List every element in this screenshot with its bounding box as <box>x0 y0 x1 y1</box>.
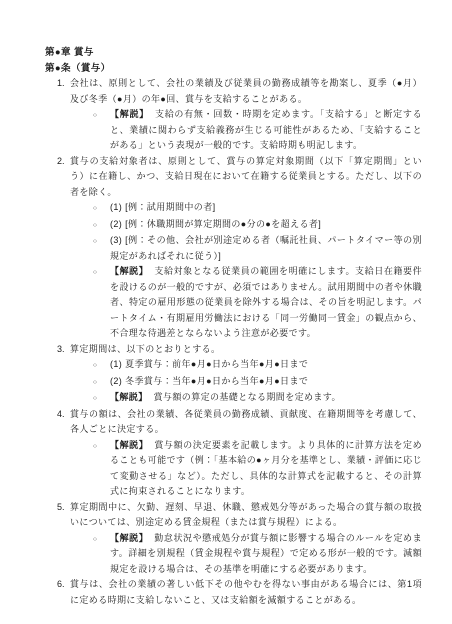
item-text: 算定期間は、以下のとおりとする。 <box>70 342 422 358</box>
kaisetsu-label: 【解説】 <box>110 266 148 276</box>
sub-body: 勤怠状況や懲戒処分が賞与額に影響する場合のルールを定めます。詳細を別規程（賃金規… <box>110 533 422 574</box>
chapter-heading: 第●章 賞与 <box>45 45 422 61</box>
sub-item: ○ (2) [例：休職期間が算定期間の●分の●を超える者] <box>93 217 422 234</box>
sub-text: (1) 夏季賞与：前年●月●日から当年●月●日まで <box>110 357 422 374</box>
sub-item: ○ 【解説】賞与額の算定の基礎となる期間を定めます。 <box>93 390 422 407</box>
item-text: 会社は、原則として、会社の業績及び従業員の勤務成績等を勘案し、夏季（●月）及び冬… <box>70 76 422 107</box>
numbered-item-2: 2. 賞与の支給対象者は、原則として、賞与の算定対象期間（以下「算定期間」という… <box>57 154 422 201</box>
circle-bullet-icon: ○ <box>93 531 110 578</box>
sub-body: 支給の有無・回数・時期を定めます。「支給する」と断定すると、業績に関わらず支給義… <box>110 109 422 150</box>
kaisetsu-label: 【解説】 <box>110 392 148 402</box>
sub-body: (2) 冬季賞与：当年●月●日から当年●月●日まで <box>110 376 308 386</box>
numbered-item-5: 5. 算定期間中に、欠勤、遅刻、早退、休職、懲戒処分等があった場合の賞与額の取扱… <box>57 500 422 531</box>
circle-bullet-icon: ○ <box>93 264 110 342</box>
sub-text: 【解説】賞与額の決定要素を記載します。より具体的に計算方法を定めることも可能です… <box>110 438 422 500</box>
sub-item: ○ (3) [例：その他、会社が別途定める者（嘱託社員、パートタイマー等の別規定… <box>93 233 422 264</box>
sub-body: 支給対象となる従業員の範囲を明確にします。支給日在籍要件を設けるのが一般的ですが… <box>110 266 422 338</box>
sub-text: 【解説】支給対象となる従業員の範囲を明確にします。支給日在籍要件を設けるのが一般… <box>110 264 422 342</box>
circle-bullet-icon: ○ <box>93 233 110 264</box>
sub-item: ○ 【解説】支給対象となる従業員の範囲を明確にします。支給日在籍要件を設けるのが… <box>93 264 422 342</box>
circle-bullet-icon: ○ <box>93 438 110 500</box>
sub-item: ○ 【解説】勤怠状況や懲戒処分が賞与額に影響する場合のルールを定めます。詳細を別… <box>93 531 422 578</box>
sub-body: 賞与額の算定の基礎となる期間を定めます。 <box>154 392 341 402</box>
item-text: 算定期間中に、欠勤、遅刻、早退、休職、懲戒処分等があった場合の賞与額の取扱いにつ… <box>70 500 422 531</box>
item-number: 2. <box>57 154 70 201</box>
sub-text: (1) [例：試用期間中の者] <box>110 200 422 217</box>
numbered-item-4: 4. 賞与の額は、会社の業績、各従業員の勤務成績、貢献度、在籍期間等を考慮して、… <box>57 407 422 438</box>
sub-body: (2) [例：休職期間が算定期間の●分の●を超える者] <box>110 219 321 229</box>
sub-text: 【解説】賞与額の算定の基礎となる期間を定めます。 <box>110 390 422 407</box>
sub-body: (1) 夏季賞与：前年●月●日から当年●月●日まで <box>110 359 308 369</box>
sub-text: 【解説】勤怠状況や懲戒処分が賞与額に影響する場合のルールを定めます。詳細を別規程… <box>110 531 422 578</box>
item-number: 6. <box>57 577 70 608</box>
sub-item: ○ (1) [例：試用期間中の者] <box>93 200 422 217</box>
circle-bullet-icon: ○ <box>93 107 110 154</box>
sub-body: (3) [例：その他、会社が別途定める者（嘱託社員、パートタイマー等の別規定があ… <box>110 235 422 261</box>
sub-body: (1) [例：試用期間中の者] <box>110 202 216 212</box>
item-number: 3. <box>57 342 70 358</box>
document-page: 第●章 賞与 第●条（賞与） 1. 会社は、原則として、会社の業績及び従業員の勤… <box>0 0 452 624</box>
numbered-item-6: 6. 賞与は、会社の業績の著しい低下その他やむを得ない事由がある場合には、第1項… <box>57 577 422 608</box>
circle-bullet-icon: ○ <box>93 217 110 234</box>
item-text: 賞与の支給対象者は、原則として、賞与の算定対象期間（以下「算定期間」という）に在… <box>70 154 422 201</box>
sub-item: ○ (2) 冬季賞与：当年●月●日から当年●月●日まで <box>93 374 422 391</box>
sub-text: (2) 冬季賞与：当年●月●日から当年●月●日まで <box>110 374 422 391</box>
kaisetsu-label: 【解説】 <box>110 109 149 119</box>
item-number: 4. <box>57 407 70 438</box>
sub-text: (2) [例：休職期間が算定期間の●分の●を超える者] <box>110 217 422 234</box>
circle-bullet-icon: ○ <box>93 374 110 391</box>
kaisetsu-label: 【解説】 <box>110 440 148 450</box>
item-text: 賞与は、会社の業績の著しい低下その他やむを得ない事由がある場合には、第1項に定め… <box>70 577 422 608</box>
circle-bullet-icon: ○ <box>93 357 110 374</box>
numbered-item-3: 3. 算定期間は、以下のとおりとする。 <box>57 342 422 358</box>
item-number: 5. <box>57 500 70 531</box>
circle-bullet-icon: ○ <box>93 200 110 217</box>
numbered-item-1: 1. 会社は、原則として、会社の業績及び従業員の勤務成績等を勘案し、夏季（●月）… <box>57 76 422 107</box>
sub-item: ○ (1) 夏季賞与：前年●月●日から当年●月●日まで <box>93 357 422 374</box>
item-text: 賞与の額は、会社の業績、各従業員の勤務成績、貢献度、在籍期間等を考慮して、各人ご… <box>70 407 422 438</box>
item-number: 1. <box>57 76 70 107</box>
sub-item: ○ 【解説】支給の有無・回数・時期を定めます。「支給する」と断定すると、業績に関… <box>93 107 422 154</box>
sub-text: 【解説】支給の有無・回数・時期を定めます。「支給する」と断定すると、業績に関わら… <box>110 107 422 154</box>
sub-text: (3) [例：その他、会社が別途定める者（嘱託社員、パートタイマー等の別規定があ… <box>110 233 422 264</box>
article-heading: 第●条（賞与） <box>45 61 422 77</box>
sub-body: 賞与額の決定要素を記載します。より具体的に計算方法を定めることも可能です（例：「… <box>110 440 422 497</box>
circle-bullet-icon: ○ <box>93 390 110 407</box>
kaisetsu-label: 【解説】 <box>110 533 148 543</box>
sub-item: ○ 【解説】賞与額の決定要素を記載します。より具体的に計算方法を定めることも可能… <box>93 438 422 500</box>
